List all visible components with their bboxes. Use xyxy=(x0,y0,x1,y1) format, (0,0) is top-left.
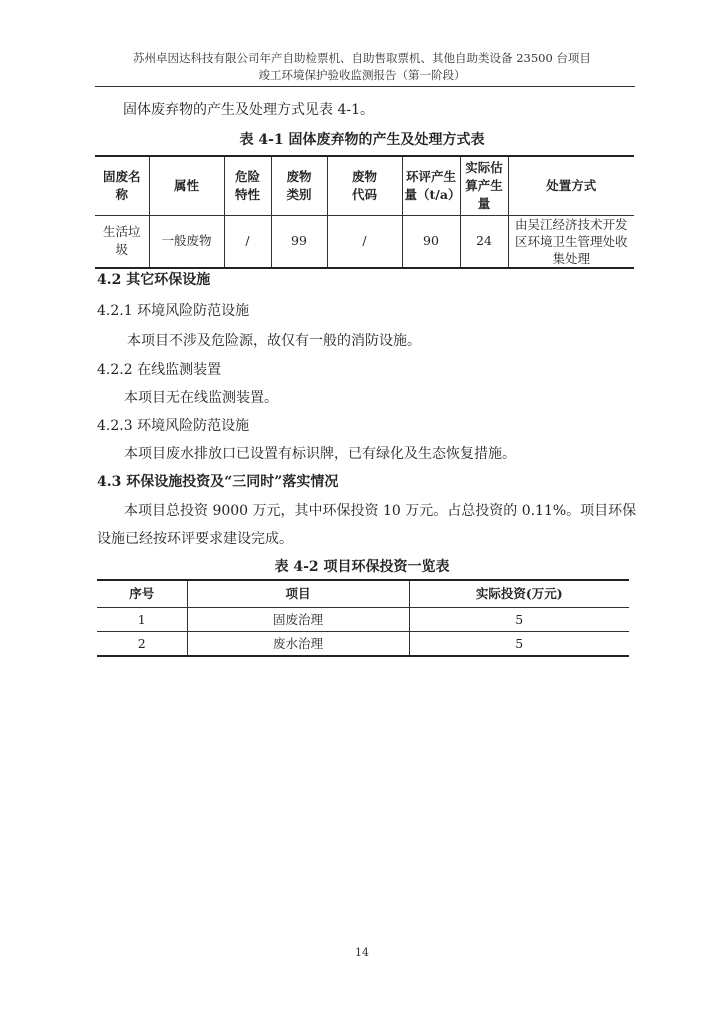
header-divider xyxy=(95,86,635,87)
col-header-no: 序号 xyxy=(97,580,187,608)
cell-eia-amount: 90 xyxy=(402,215,460,268)
page-number: 14 xyxy=(0,946,724,959)
section-text-4-3-line1: 本项目总投资 9000 万元，其中环保投资 10 万元。占总投资的 0.11%。… xyxy=(124,501,636,521)
cell-actual-amount: 24 xyxy=(460,215,508,268)
cell-no: 2 xyxy=(97,632,187,657)
section-heading-4-3: 4.3 环保设施投资及“三同时”落实情况 xyxy=(97,472,338,492)
col-header-actual-amount: 实际估算产生量 xyxy=(460,156,508,215)
running-header-line1: 苏州卓因达科技有限公司年产自助检票机、自助售取票机、其他自助类设备 23500 … xyxy=(0,50,724,66)
cell-waste-name: 生活垃圾 xyxy=(95,215,149,268)
table-row: 生活垃圾 一般废物 / 99 / 90 24 由吴江经济技术开发区环境卫生管理处… xyxy=(95,215,634,268)
running-header-line2: 竣工环境保护验收监测报告（第一阶段） xyxy=(0,67,724,83)
table-row: 2 废水治理 5 xyxy=(97,632,629,657)
cell-no: 1 xyxy=(97,608,187,632)
table2-header-row: 序号 项目 实际投资(万元) xyxy=(97,580,629,608)
table-row: 1 固废治理 5 xyxy=(97,608,629,632)
cell-attribute: 一般废物 xyxy=(149,215,224,268)
col-header-category: 废物类别 xyxy=(271,156,327,215)
cell-disposal: 由吴江经济技术开发区环境卫生管理处收集处理 xyxy=(508,215,634,268)
col-header-eia-amount: 环评产生量（t/a） xyxy=(402,156,460,215)
cell-amount: 5 xyxy=(409,632,629,657)
section-text-4-2-3: 本项目废水排放口已设置有标识牌，已有绿化及生态恢复措施。 xyxy=(124,444,516,464)
cell-code: / xyxy=(327,215,402,268)
col-header-disposal: 处置方式 xyxy=(508,156,634,215)
solid-waste-table: 固废名称 属性 危险特性 废物类别 废物代码 环评产生量（t/a） 实际估算产生… xyxy=(95,155,634,269)
cell-item: 固废治理 xyxy=(187,608,409,632)
env-investment-table: 序号 项目 实际投资(万元) 1 固废治理 5 2 废水治理 5 xyxy=(97,579,629,657)
cell-item: 废水治理 xyxy=(187,632,409,657)
table1-header-row: 固废名称 属性 危险特性 废物类别 废物代码 环评产生量（t/a） 实际估算产生… xyxy=(95,156,634,215)
section-heading-4-2-2: 4.2.2 在线监测装置 xyxy=(97,360,221,380)
table1-caption: 表 4-1 固体废弃物的产生及处理方式表 xyxy=(0,129,724,149)
section-text-4-2-2: 本项目无在线监测装置。 xyxy=(124,388,278,408)
table2-caption: 表 4-2 项目环保投资一览表 xyxy=(0,556,724,576)
intro-paragraph: 固体废弃物的产生及处理方式见表 4-1。 xyxy=(123,100,374,120)
section-heading-4-2-1: 4.2.1 环境风险防范设施 xyxy=(97,301,249,321)
cell-category: 99 xyxy=(271,215,327,268)
col-header-amount: 实际投资(万元) xyxy=(409,580,629,608)
col-header-attribute: 属性 xyxy=(149,156,224,215)
col-header-hazard: 危险特性 xyxy=(224,156,271,215)
col-header-code: 废物代码 xyxy=(327,156,402,215)
col-header-item: 项目 xyxy=(187,580,409,608)
section-text-4-3-line2: 设施已经按环评要求建设完成。 xyxy=(97,529,293,549)
cell-hazard: / xyxy=(224,215,271,268)
section-heading-4-2: 4.2 其它环保设施 xyxy=(97,270,210,290)
section-text-4-2-1: 本项目不涉及危险源，故仅有一般的消防设施。 xyxy=(127,331,421,351)
section-heading-4-2-3: 4.2.3 环境风险防范设施 xyxy=(97,416,249,436)
cell-amount: 5 xyxy=(409,608,629,632)
col-header-waste-name: 固废名称 xyxy=(95,156,149,215)
